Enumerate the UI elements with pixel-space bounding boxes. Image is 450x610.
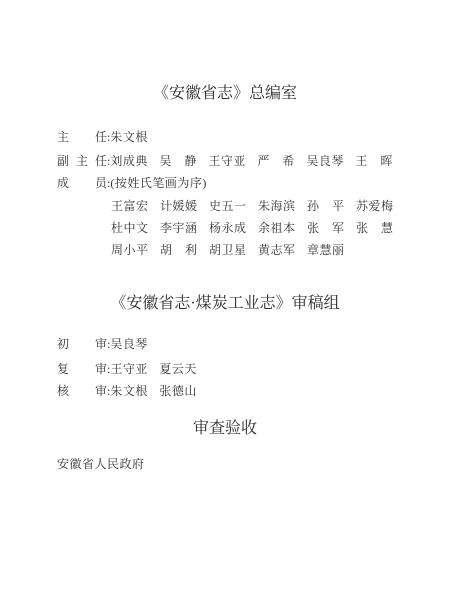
member-row-1: 王富宏计媛媛史五一朱海滨孙平苏爱梅: [111, 200, 405, 213]
person-name: 章慧丽: [307, 244, 344, 257]
person-name: 朱文根: [110, 131, 147, 144]
person-name: 杜中文: [111, 222, 148, 235]
row-director: 主任:朱文根: [57, 131, 159, 144]
member-row-2: 杜中文李宇涵杨永成余祖本张军张慧: [111, 222, 405, 235]
person-name: 夏云天: [159, 363, 196, 376]
row-members-label: 成员:(按姓氏笔画为序): [57, 177, 207, 190]
role-label-director: 主任: [57, 131, 107, 144]
members-sort-note: (按姓氏笔画为序): [110, 177, 207, 190]
person-name: 胡利: [160, 244, 197, 257]
person-name: 张慧: [356, 222, 393, 235]
person-name: 刘成典: [110, 155, 147, 168]
person-name: 胡卫星: [209, 244, 246, 257]
role-label-first-review: 初审: [57, 338, 107, 351]
row-first-review: 初审:吴良琴: [57, 338, 159, 351]
person-name: 杨永成: [209, 222, 246, 235]
person-name: 张德山: [159, 385, 196, 398]
person-name: 王守亚: [208, 155, 245, 168]
editorial-office-title: 《安徽省志》总编室: [0, 85, 450, 102]
row-final-review: 核审:朱文根张德山: [57, 385, 208, 398]
person-name: 计媛媛: [160, 200, 197, 213]
review-group-title: 《安徽省志·煤炭工业志》审稿组: [0, 295, 450, 312]
person-name: 余祖本: [258, 222, 295, 235]
person-name: 吴静: [159, 155, 196, 168]
person-name: 李宇涵: [160, 222, 197, 235]
person-name: 黄志军: [258, 244, 295, 257]
person-name: 史五一: [209, 200, 246, 213]
person-name: 孙平: [307, 200, 344, 213]
member-row-3: 周小平胡利胡卫星黄志军章慧丽: [111, 244, 356, 257]
person-name: 王晖: [355, 155, 392, 168]
row-second-review: 复审:王守亚夏云天: [57, 363, 208, 376]
person-name: 严希: [257, 155, 294, 168]
person-name: 吴良琴: [110, 338, 147, 351]
role-label-final-review: 核审: [57, 385, 107, 398]
person-name: 朱文根: [110, 385, 147, 398]
inspection-title: 审查验收: [0, 420, 450, 437]
government-name: 安徽省人民政府: [57, 458, 145, 471]
book-page: 《安徽省志》总编室 主任:朱文根 副主任:刘成典吴静王守亚严希吴良琴王晖 成员:…: [0, 0, 450, 610]
person-name: 吴良琴: [306, 155, 343, 168]
person-name: 张军: [307, 222, 344, 235]
person-name: 苏爱梅: [356, 200, 393, 213]
row-deputy-directors: 副主任:刘成典吴静王守亚严希吴良琴王晖: [57, 155, 404, 168]
person-name: 朱海滨: [258, 200, 295, 213]
inspection-authority: 安徽省人民政府: [57, 458, 145, 471]
person-name: 王富宏: [111, 200, 148, 213]
person-name: 周小平: [111, 244, 148, 257]
role-label-members: 成员: [57, 177, 107, 190]
role-label-deputy-director: 副主任: [57, 155, 107, 168]
role-label-second-review: 复审: [57, 363, 107, 376]
person-name: 王守亚: [110, 363, 147, 376]
